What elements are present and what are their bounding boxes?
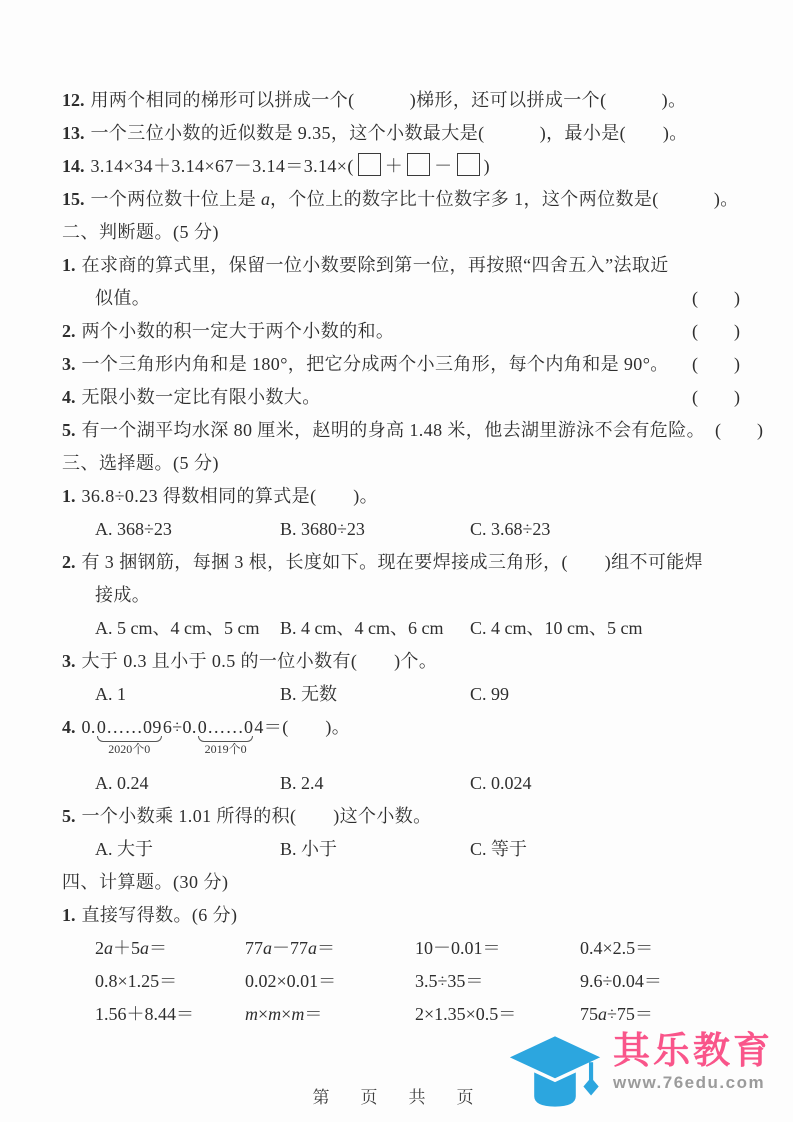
- choice-4-options: A. 0.24 B. 2.4 C. 0.024: [62, 767, 740, 800]
- question-13: 13.一个三位小数的近似数是 9.35，这个小数最大是( )，最小是( )。: [62, 117, 740, 150]
- question-text: 有一个湖平均水深 80 厘米，赵明的身高 1.48 米，他去湖里游泳不会有危险。: [82, 420, 706, 440]
- question-text-cont: 似值。: [62, 282, 150, 315]
- calc-expression: 75a÷75＝: [580, 998, 740, 1031]
- zeros-run: 0……09: [97, 717, 162, 737]
- question-number: 12.: [62, 90, 85, 110]
- question-number: 2.: [62, 321, 76, 341]
- subtitle-text: 直接写得数。(6 分): [82, 905, 238, 925]
- option-c: C. 0.024: [470, 767, 740, 800]
- option-c: C. 3.68÷23: [470, 513, 740, 546]
- option-c: C. 99: [470, 678, 740, 711]
- question-text: ，个位上的数字比十位数字多 1，这个两位数是( )。: [270, 189, 739, 209]
- judge-answer-parens: ( ): [692, 282, 740, 315]
- question-body: 2.两个小数的积一定大于两个小数的和。: [62, 315, 394, 348]
- calc-expression: 9.6÷0.04＝: [580, 965, 740, 998]
- calc-row-2: 0.8×1.25＝ 0.02×0.01＝ 3.5÷35＝ 9.6÷0.04＝: [62, 965, 740, 998]
- question-text: 0.: [82, 717, 96, 737]
- variable-a: a: [261, 189, 270, 209]
- question-number: 1.: [62, 486, 76, 506]
- calc-row-3: 1.56＋8.44＝ m×m×m＝ 2×1.35×0.5＝ 75a÷75＝: [62, 998, 740, 1031]
- calc-expression: 0.4×2.5＝: [580, 932, 740, 965]
- judge-3: 3.一个三角形内角和是 180°，把它分成两个小三角形，每个内角和是 90°。 …: [62, 348, 740, 381]
- question-number: 15.: [62, 189, 85, 209]
- option-c: C. 4 cm、10 cm、5 cm: [470, 612, 740, 645]
- logo-website-url: www.76edu.com: [613, 1073, 773, 1092]
- choice-1: 1.36.8÷0.23 得数相同的算式是( )。: [62, 480, 740, 513]
- question-number: 4.: [62, 387, 76, 407]
- exam-content: 12.用两个相同的梯形可以拼成一个( )梯形，还可以拼成一个( )。 13.一个…: [62, 84, 740, 1031]
- question-text: 在求商的算式里，保留一位小数要除到第一位，再按照“四舍五入”法取近: [82, 255, 669, 275]
- option-a: A. 368÷23: [95, 513, 280, 546]
- question-number: 1.: [62, 905, 76, 925]
- answer-box: [358, 153, 381, 176]
- choice-5-options: A. 大于 B. 小于 C. 等于: [62, 833, 740, 866]
- question-number: 3.: [62, 651, 76, 671]
- option-b: B. 4 cm、4 cm、6 cm: [280, 612, 470, 645]
- option-b: B. 3680÷23: [280, 513, 470, 546]
- judge-1-line2: 似值。 ( ): [62, 282, 740, 315]
- judge-answer-parens: ( ): [715, 414, 763, 447]
- site-logo: 其乐教育 www.76edu.com: [503, 1030, 773, 1118]
- question-text: 有 3 捆钢筋，每捆 3 根，长度如下。现在要焊接成三角形，( )组不可能焊: [82, 552, 704, 572]
- calc-expression: 10－0.01＝: [415, 932, 580, 965]
- section-calc-title: 四、计算题。(30 分): [62, 866, 740, 899]
- option-a: A. 大于: [95, 833, 280, 866]
- question-text: 两个小数的积一定大于两个小数的和。: [82, 321, 395, 341]
- question-14: 14.3.14×34＋3.14×67－3.14＝3.14×(＋－): [62, 150, 740, 183]
- question-number: 14.: [62, 156, 85, 176]
- calc-expression: m×m×m＝: [245, 998, 415, 1031]
- calc-row-1: 2a＋5a＝ 77a－77a＝ 10－0.01＝ 0.4×2.5＝: [62, 932, 740, 965]
- question-number: 1.: [62, 255, 76, 275]
- calc-expression: 0.8×1.25＝: [95, 965, 245, 998]
- question-body: 4.无限小数一定比有限小数大。: [62, 381, 321, 414]
- question-number: 5.: [62, 420, 76, 440]
- question-text: 无限小数一定比有限小数大。: [82, 387, 321, 407]
- question-text: 一个三角形内角和是 180°，把它分成两个小三角形，每个内角和是 90°。: [82, 354, 669, 374]
- calc-expression: 2×1.35×0.5＝: [415, 998, 580, 1031]
- judge-answer-parens: ( ): [692, 381, 740, 414]
- choice-3-options: A. 1 B. 无数 C. 99: [62, 678, 740, 711]
- question-text: 一个两位数十位上是: [91, 189, 262, 209]
- judge-5: 5.有一个湖平均水深 80 厘米，赵明的身高 1.48 米，他去湖里游泳不会有危…: [62, 414, 740, 447]
- option-a: A. 1: [95, 678, 280, 711]
- operator-plus: ＋: [385, 156, 403, 176]
- question-number: 4.: [62, 717, 76, 737]
- close-paren: ): [484, 156, 490, 176]
- question-number: 5.: [62, 806, 76, 826]
- question-15: 15.一个两位数十位上是 a，个位上的数字比十位数字多 1，这个两位数是( )。: [62, 183, 740, 216]
- section-judge-title: 二、判断题。(5 分): [62, 216, 740, 249]
- question-text: 一个小数乘 1.01 所得的积( )这个小数。: [82, 806, 432, 826]
- question-text: 用两个相同的梯形可以拼成一个( )梯形，还可以拼成一个( )。: [91, 90, 687, 110]
- question-text: 大于 0.3 且小于 0.5 的一位小数有( )个。: [82, 651, 438, 671]
- judge-1-line1: 1.在求商的算式里，保留一位小数要除到第一位，再按照“四舍五入”法取近: [62, 249, 740, 282]
- judge-4: 4.无限小数一定比有限小数大。 ( ): [62, 381, 740, 414]
- answer-box: [457, 153, 480, 176]
- option-b: B. 无数: [280, 678, 470, 711]
- choice-2-line1: 2.有 3 捆钢筋，每捆 3 根，长度如下。现在要焊接成三角形，( )组不可能焊: [62, 546, 740, 579]
- underbrace-group-2: 0……02019个0: [197, 711, 255, 744]
- calc-expression: 77a－77a＝: [245, 932, 415, 965]
- operator-minus: －: [434, 156, 452, 176]
- section-choice-title: 三、选择题。(5 分): [62, 447, 740, 480]
- option-a: A. 0.24: [95, 767, 280, 800]
- zeros-run: 0……0: [198, 717, 254, 737]
- graduation-cap-icon: [503, 1030, 607, 1118]
- question-text: 36.8÷0.23 得数相同的算式是( )。: [82, 486, 379, 506]
- judge-answer-parens: ( ): [692, 315, 740, 348]
- choice-3: 3.大于 0.3 且小于 0.5 的一位小数有( )个。: [62, 645, 740, 678]
- logo-brand-name: 其乐教育: [613, 1030, 773, 1072]
- option-b: B. 2.4: [280, 767, 470, 800]
- underbrace-label: 2020个0: [108, 742, 150, 756]
- question-text: 4＝( )。: [254, 717, 350, 737]
- choice-5: 5.一个小数乘 1.01 所得的积( )这个小数。: [62, 800, 740, 833]
- judge-2: 2.两个小数的积一定大于两个小数的和。 ( ): [62, 315, 740, 348]
- calc-expression: 3.5÷35＝: [415, 965, 580, 998]
- question-text: 6÷0.: [163, 717, 197, 737]
- question-text-cont: 接成。: [62, 585, 150, 605]
- option-c: C. 等于: [470, 833, 740, 866]
- underbrace-group-1: 0……092020个0: [96, 711, 163, 744]
- question-text: 3.14×34＋3.14×67－3.14＝3.14×(: [91, 156, 354, 176]
- option-b: B. 小于: [280, 833, 470, 866]
- choice-2-line2: 接成。: [62, 579, 740, 612]
- choice-1-options: A. 368÷23 B. 3680÷23 C. 3.68÷23: [62, 513, 740, 546]
- exam-paper-page: 12.用两个相同的梯形可以拼成一个( )梯形，还可以拼成一个( )。 13.一个…: [0, 0, 793, 1122]
- calc-expression: 2a＋5a＝: [95, 932, 245, 965]
- judge-answer-parens: ( ): [692, 348, 740, 381]
- choice-2-options: A. 5 cm、4 cm、5 cm B. 4 cm、4 cm、6 cm C. 4…: [62, 612, 740, 645]
- question-body: 3.一个三角形内角和是 180°，把它分成两个小三角形，每个内角和是 90°。: [62, 348, 669, 381]
- choice-4: 4.0.0……092020个06÷0.0……02019个04＝( )。: [62, 711, 740, 767]
- answer-box: [407, 153, 430, 176]
- logo-text-block: 其乐教育 www.76edu.com: [613, 1030, 773, 1092]
- question-12: 12.用两个相同的梯形可以拼成一个( )梯形，还可以拼成一个( )。: [62, 84, 740, 117]
- calc-expression: 1.56＋8.44＝: [95, 998, 245, 1031]
- calc-expression: 0.02×0.01＝: [245, 965, 415, 998]
- question-number: 2.: [62, 552, 76, 572]
- underbrace-label: 2019个0: [205, 742, 247, 756]
- question-number: 3.: [62, 354, 76, 374]
- question-body: 5.有一个湖平均水深 80 厘米，赵明的身高 1.48 米，他去湖里游泳不会有危…: [62, 414, 705, 447]
- option-a: A. 5 cm、4 cm、5 cm: [95, 612, 280, 645]
- question-number: 13.: [62, 123, 85, 143]
- question-text: 一个三位小数的近似数是 9.35，这个小数最大是( )，最小是( )。: [91, 123, 688, 143]
- calc-subtitle: 1.直接写得数。(6 分): [62, 899, 740, 932]
